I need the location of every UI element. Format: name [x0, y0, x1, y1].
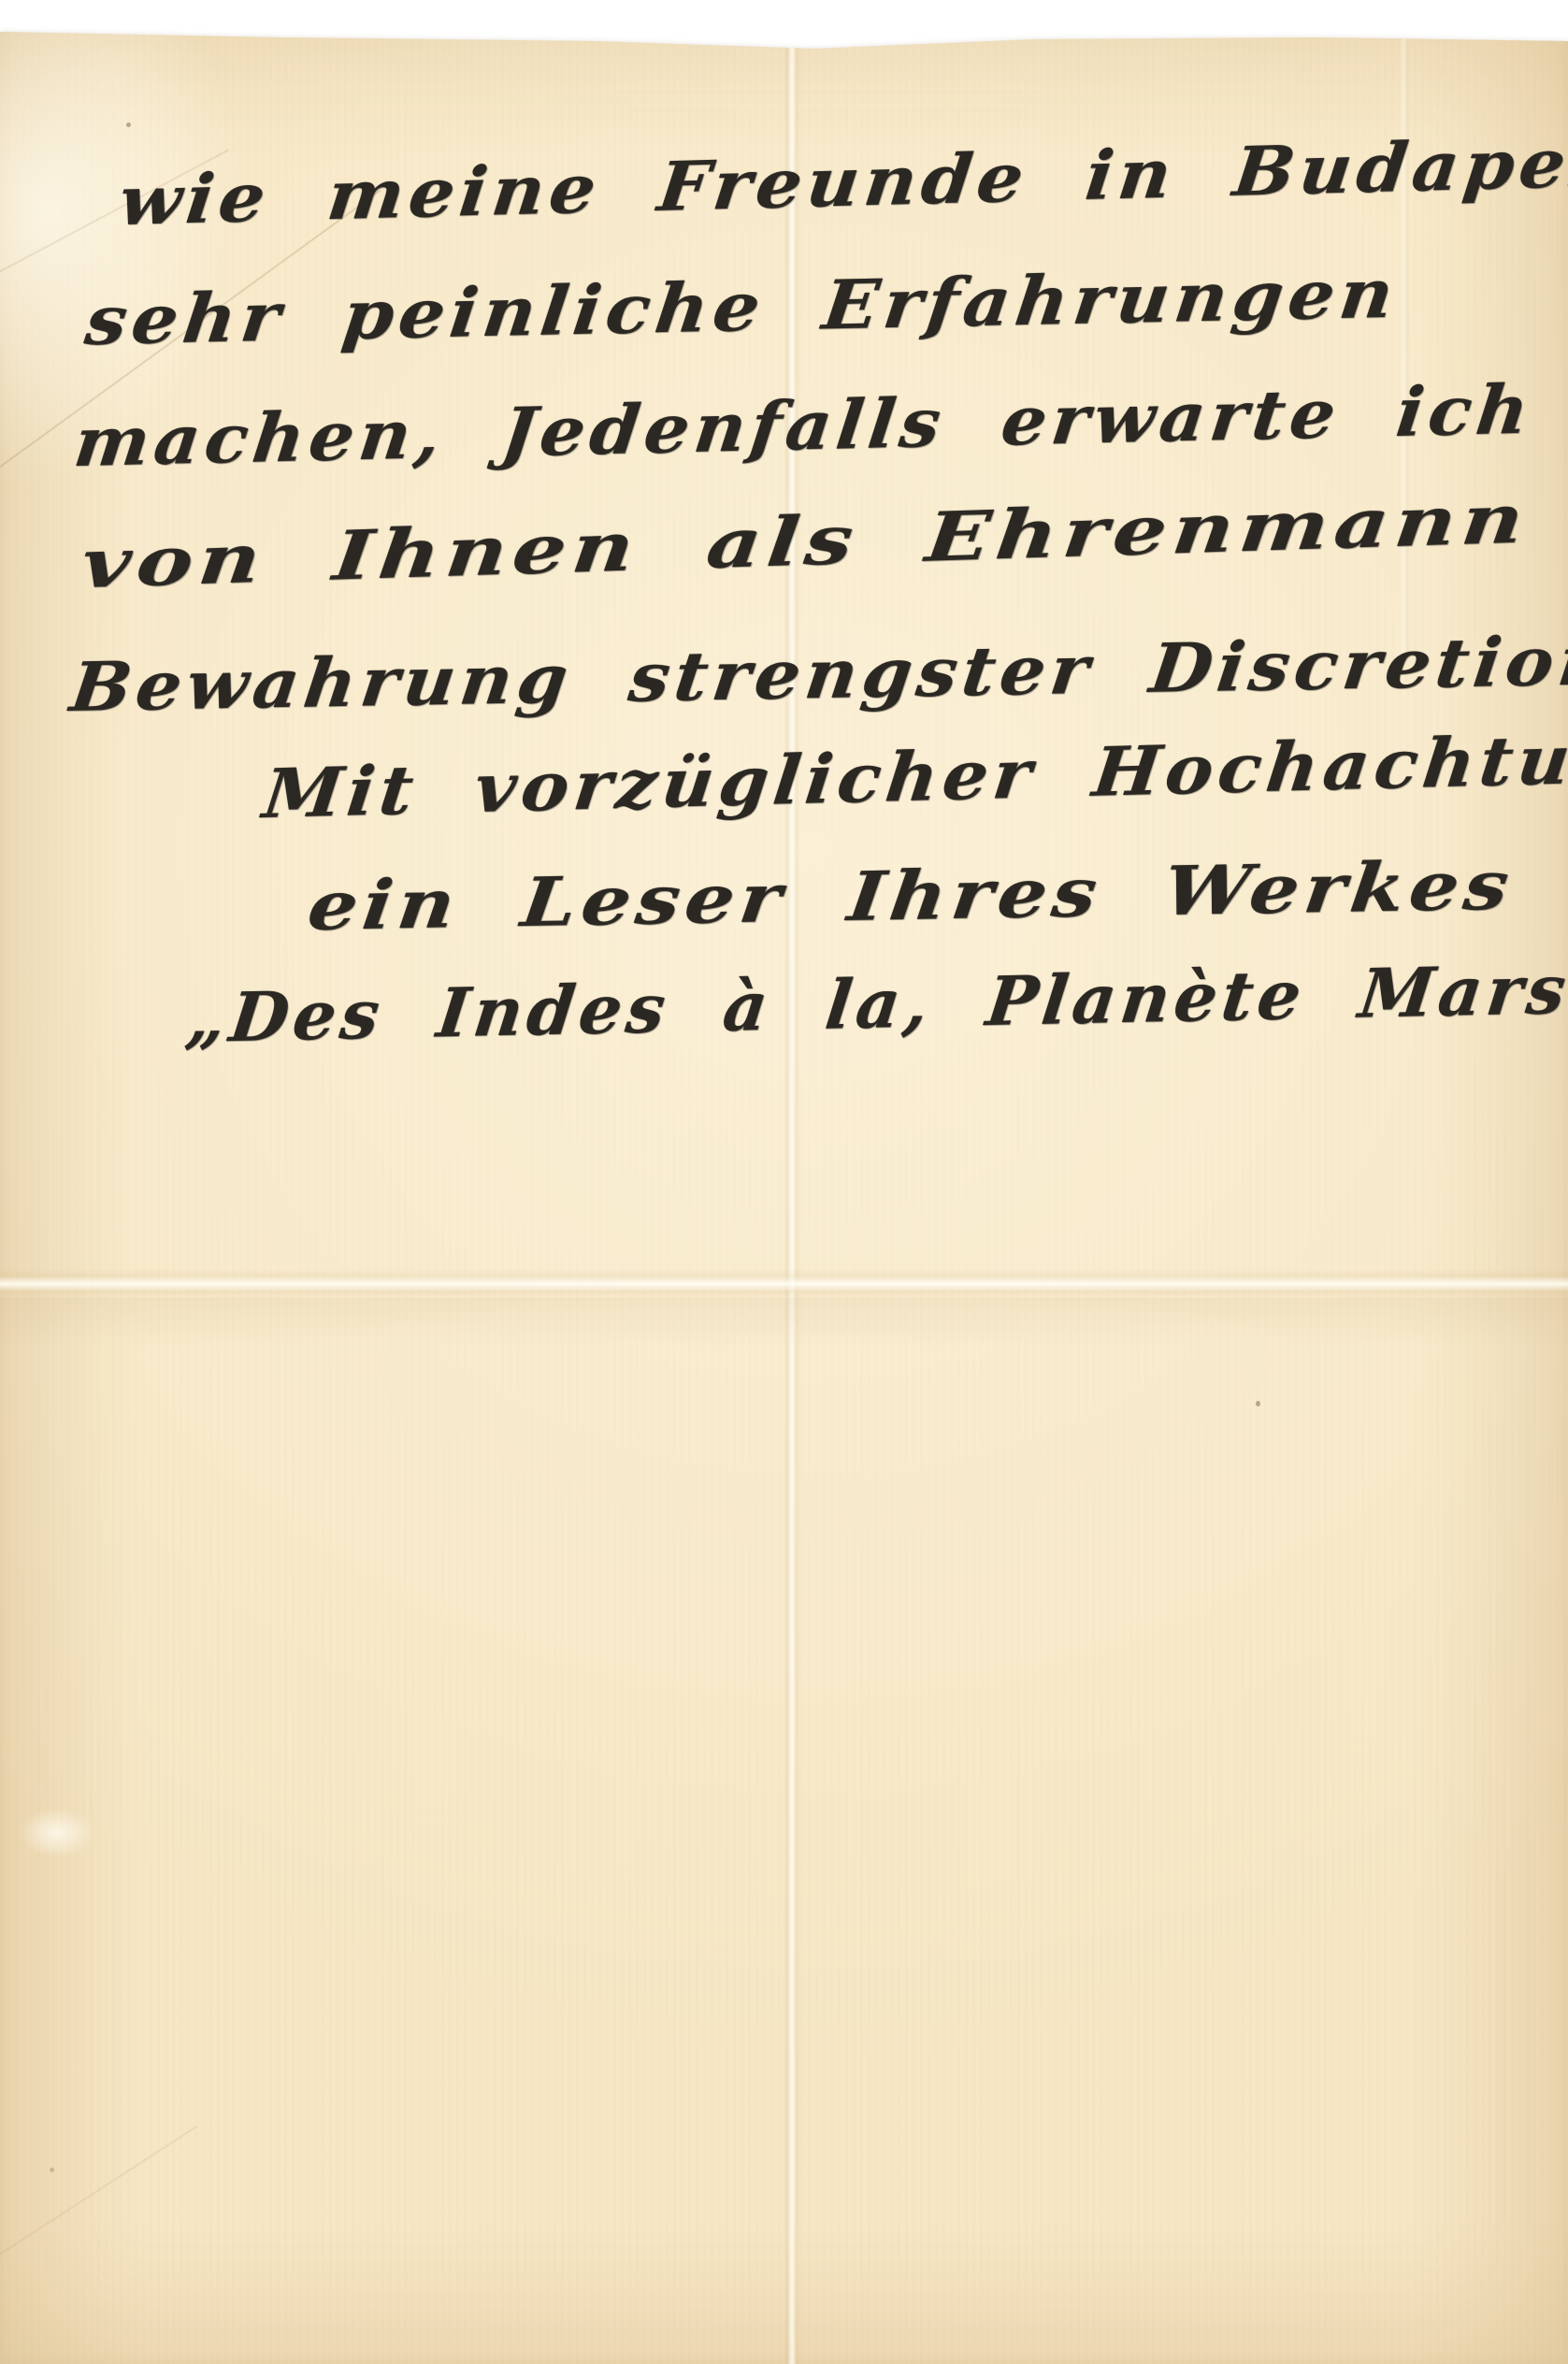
- horizontal-fold-shadow: [0, 1298, 1568, 1347]
- horizontal-fold-crease: [0, 1268, 1568, 1300]
- paper-speck: [126, 123, 131, 127]
- scanned-letter-page: wie meine Freunde in Budapest sehr peinl…: [0, 0, 1568, 2364]
- handwriting-line-8: „Des Indes à la, Planète Mars".: [182, 947, 1568, 1059]
- paper-wrapper: wie meine Freunde in Budapest sehr peinl…: [0, 0, 1568, 2364]
- handwriting-line-6: Mit vorzüglicher Hochachtung: [259, 716, 1568, 835]
- paper-dent-highlight: [6, 1800, 108, 1866]
- letter-paper: wie meine Freunde in Budapest sehr peinl…: [0, 0, 1568, 2364]
- paper-speck: [1256, 1401, 1260, 1406]
- crease-hairline: [0, 2126, 197, 2265]
- handwriting-line-7: ein Leser Ihres Werkes: [304, 844, 1518, 946]
- paper-speck: [50, 2168, 54, 2172]
